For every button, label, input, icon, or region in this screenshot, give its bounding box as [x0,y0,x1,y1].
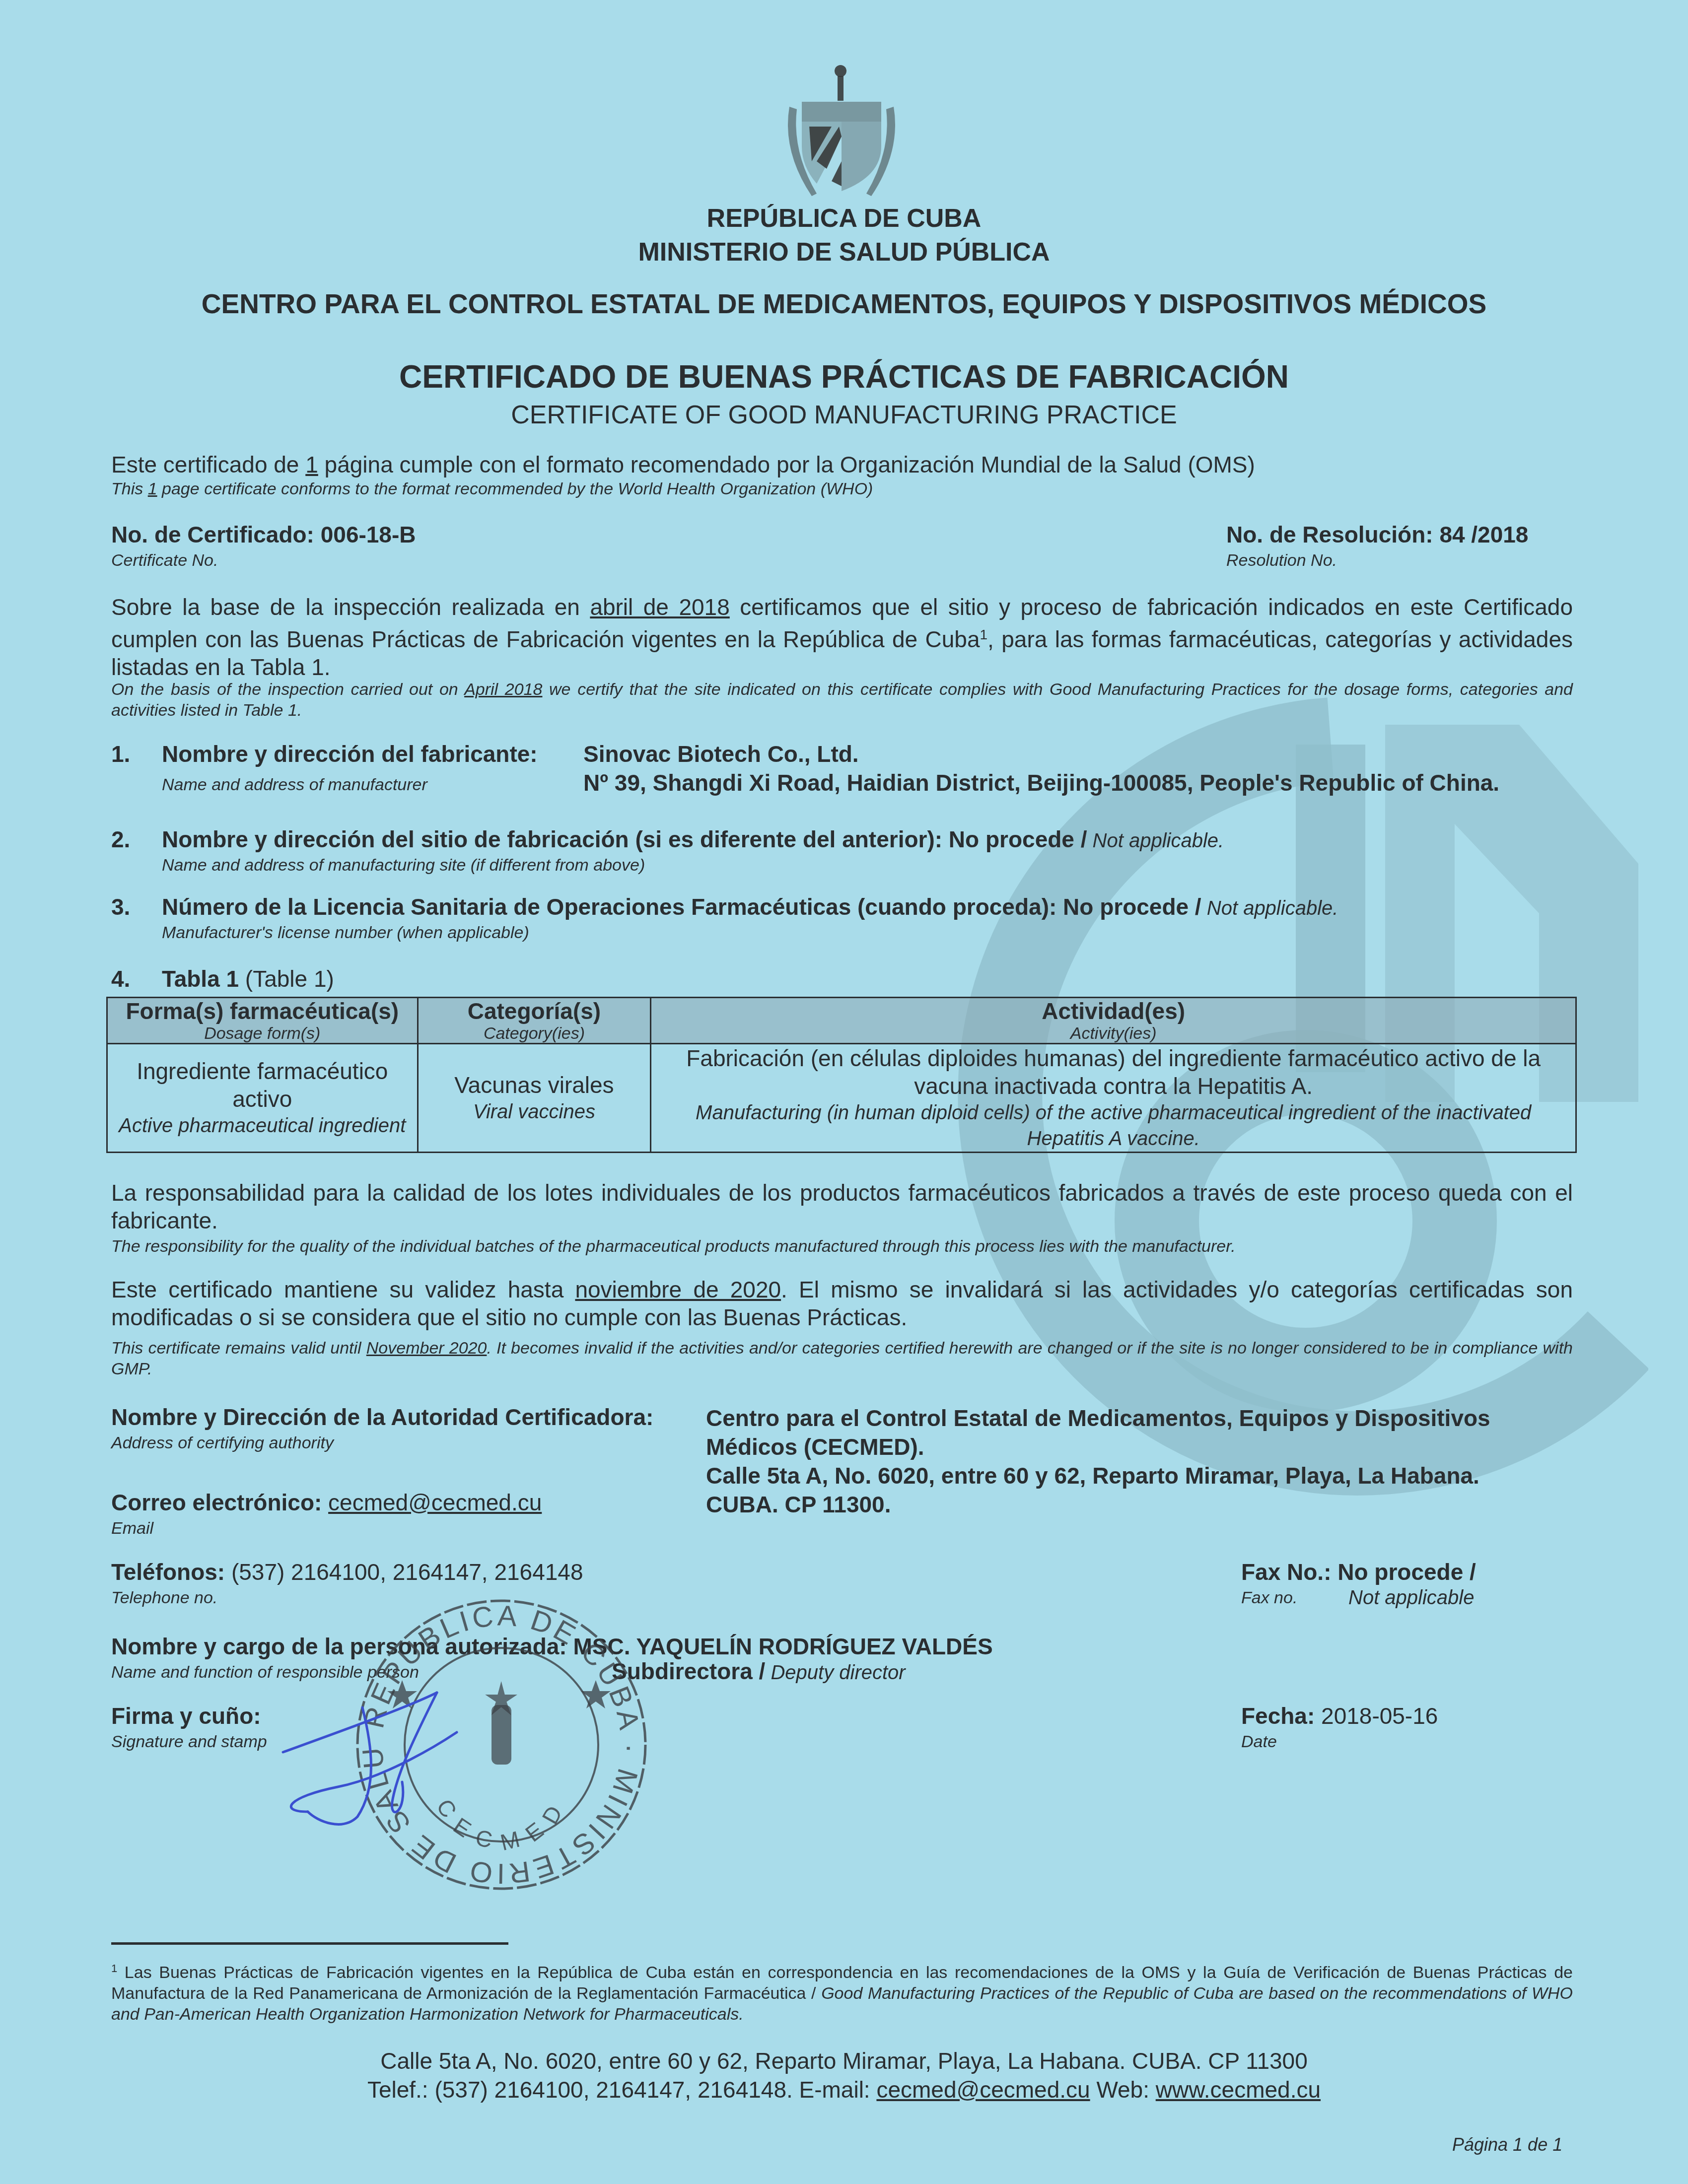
fax-value: No procede / [1331,1559,1476,1585]
fax-label-en: Fax no. [1241,1587,1297,1608]
footer-address: Calle 5ta A, No. 6020, entre 60 y 62, Re… [0,2047,1688,2074]
authority-label-en: Address of certifying authority [111,1433,334,1453]
certificate-number-label-en: Certificate No. [111,550,218,571]
resolution-number-value: 84 /2018 [1439,522,1528,547]
validity-paragraph-es: Este certificado mantiene su validez has… [111,1276,1573,1331]
email-label-en: Email [111,1518,153,1539]
section-3-label-en: Manufacturer's license number (when appl… [162,922,529,943]
certificate-number: No. de Certificado: 006-18-B [111,521,416,548]
table-1-caption: Tabla 1 (Table 1) [162,965,334,992]
certificate-page: REPÚBLICA DE CUBA MINISTERIO DE SALUD PÚ… [0,0,1688,2184]
header-ministry: MINISTERIO DE SALUD PÚBLICA [0,237,1688,267]
signature-label: Firma y cuño: [111,1703,261,1729]
certificate-subtitle: CERTIFICATE OF GOOD MANUFACTURING PRACTI… [0,400,1688,430]
cuba-coat-of-arms-icon [782,62,901,206]
section-2-number: 2. [111,826,130,853]
section-1-label: Nombre y dirección del fabricante: [162,741,538,767]
footer-contacts: Telef.: (537) 2164100, 2164147, 2164148.… [0,2076,1688,2103]
phones-label-en: Telephone no. [111,1587,217,1608]
header-republic: REPÚBLICA DE CUBA [0,204,1688,233]
date-label-en: Date [1241,1731,1277,1752]
authority-label: Nombre y Dirección de la Autoridad Certi… [111,1404,653,1431]
certificate-number-value: 006-18-B [321,522,416,547]
authority-name-line2: Médicos (CECMED). [706,1433,1490,1461]
footnote: 1 Las Buenas Prácticas de Fabricación vi… [111,1958,1573,2025]
validity-paragraph-en: This certificate remains valid until Nov… [111,1338,1573,1379]
section-3-line: Número de la Licencia Sanitaria de Opera… [162,893,1338,920]
page-count: 1 [305,452,318,478]
basis-paragraph-es: Sobre la base de la inspección realizada… [111,593,1573,681]
email-link[interactable]: cecmed@cecmed.cu [328,1490,542,1515]
resolution-number: No. de Resolución: 84 /2018 [1226,521,1528,548]
cell-activity: Fabricación (en células diploides humana… [651,1044,1576,1153]
footer-web-link[interactable]: www.cecmed.cu [1156,2077,1321,2103]
date-line: Fecha: 2018-05-16 [1241,1703,1438,1729]
section-2-line: Nombre y dirección del sitio de fabricac… [162,826,1224,853]
handwritten-signature [278,1688,487,1837]
section-1-number: 1. [111,741,130,767]
cell-category: Vacunas viralesViral vaccines [418,1044,651,1153]
header-centre: CENTRO PARA EL CONTROL ESTATAL DE MEDICA… [0,288,1688,320]
authority-name-line1: Centro para el Control Estatal de Medica… [706,1404,1490,1433]
inspection-date: abril de 2018 [590,594,729,620]
resolution-number-label-en: Resolution No. [1226,550,1337,571]
column-header-category: Categoría(s)Category(ies) [418,998,651,1044]
authorized-person-role: Subdirectora / Deputy director [612,1658,906,1685]
signature-label-en: Signature and stamp [111,1731,267,1752]
section-3-number: 3. [111,893,130,920]
fax-value-en: Not applicable [1348,1587,1475,1608]
table-header-row: Forma(s) farmacéutica(s)Dosage form(s) C… [107,998,1576,1044]
page-number: Página 1 de 1 [1452,2134,1562,2155]
format-note-es: Este certificado de 1 página cumple con … [111,451,1255,478]
column-header-dosage-form: Forma(s) farmacéutica(s)Dosage form(s) [107,998,418,1044]
section-2-label: Nombre y dirección del sitio de fabricac… [162,826,942,852]
footnote-rule [111,1942,508,1945]
certificate-title: CERTIFICADO DE BUENAS PRÁCTICAS DE FABRI… [0,358,1688,395]
phones-line: Teléfonos: (537) 2164100, 2164147, 21641… [111,1559,583,1585]
manufacturer-address: Nº 39, Shangdi Xi Road, Haidian District… [583,769,1499,796]
authority-address-line1: Calle 5ta A, No. 6020, entre 60 y 62, Re… [706,1461,1490,1490]
section-2-value: No procede / [949,826,1087,852]
phones-value: (537) 2164100, 2164147, 2164148 [225,1559,583,1585]
footnote-ref: 1 [980,627,987,642]
table-1: Forma(s) farmacéutica(s)Dosage form(s) C… [106,997,1577,1153]
manufacturer-name: Sinovac Biotech Co., Ltd. [583,741,859,767]
email-line: Correo electrónico: cecmed@cecmed.cu [111,1489,542,1516]
section-4-number: 4. [111,965,130,992]
column-header-activity: Actividad(es)Activity(ies) [651,998,1576,1044]
authority-address-line2: CUBA. CP 11300. [706,1490,1490,1519]
footer-email-link[interactable]: cecmed@cecmed.cu [876,2077,1090,2103]
section-1-label-en: Name and address of manufacturer [162,774,427,795]
section-3-label: Número de la Licencia Sanitaria de Opera… [162,894,1056,920]
cell-dosage-form: Ingrediente farmacéutico activoActive ph… [107,1044,418,1153]
responsibility-paragraph-en: The responsibility for the quality of th… [111,1236,1236,1257]
basis-paragraph-en: On the basis of the inspection carried o… [111,679,1573,721]
format-note-en: This 1 page certificate conforms to the … [111,478,873,499]
validity-date: noviembre de 2020 [575,1277,781,1302]
table-row: Ingrediente farmacéutico activoActive ph… [107,1044,1576,1153]
section-3-value: No procede / [1063,894,1201,920]
fax-line: Fax No.: No procede / [1241,1559,1476,1585]
section-2-label-en: Name and address of manufacturing site (… [162,855,645,876]
responsibility-paragraph-es: La responsabilidad para la calidad de lo… [111,1179,1573,1234]
date-value: 2018-05-16 [1315,1703,1438,1729]
authority-details: Centro para el Control Estatal de Medica… [706,1404,1490,1519]
